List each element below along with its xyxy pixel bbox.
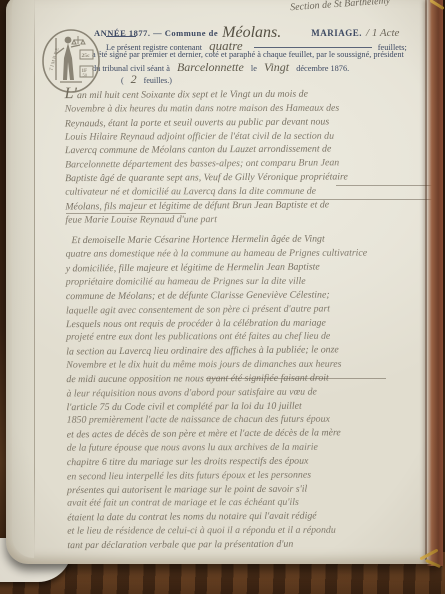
act-paragraph-groom: L'an mil huit cent Soixante dix sept et … — [65, 85, 438, 228]
ink-underline — [66, 213, 186, 214]
photo-of-register-page: Section de St Barthélémy ANNÉE 1877. — C… — [0, 0, 445, 594]
page-fold-line — [34, 0, 35, 556]
handwritten-line: feue Marie Louise Reynaud d'une part — [65, 212, 437, 227]
justice-figure-stamp-icon: TIMBRE 25c 1F 50 — [40, 28, 102, 94]
section-annotation: Section de St Barthélémy — [290, 0, 440, 13]
mariage-label: MARIAGE. — [311, 28, 362, 38]
register-statement-line2: a été signé par premier et dernier, coté… — [92, 50, 437, 59]
paren-open: ( — [121, 76, 124, 85]
register-statement-line4: ( 2 feuilles.) — [121, 72, 172, 87]
revenue-stamp: TIMBRE 25c 1F 50 — [40, 28, 102, 94]
handwritten-line: Novembre et le dix huit du même mois jou… — [66, 357, 438, 372]
ink-underline — [134, 199, 434, 200]
ink-underline — [206, 378, 386, 379]
book-spine-edge — [427, 0, 443, 566]
handwritten-line: tant par déclaration verbale que par la … — [67, 537, 439, 553]
le-label: le — [251, 64, 257, 73]
date-day-handwritten: Vingt — [259, 60, 294, 74]
handwritten-line: en second lieu interpellé les dits futur… — [67, 467, 439, 484]
stamp-denom-top: 25c — [82, 53, 91, 59]
handwritten-line: Reynauds, étant la porte et seuil ouvert… — [65, 114, 437, 131]
handwritten-line: L'an mil huit cent Soixante dix sept et … — [65, 85, 437, 103]
handwritten-line: laquelle agit avec consentement de son p… — [66, 301, 438, 318]
tribunal-city-handwritten: Barcelonnette — [172, 60, 249, 74]
register-page: Section de St Barthélémy ANNÉE 1877. — C… — [6, 0, 443, 564]
handwritten-line: Louis Hilaire Reynaud adjoint officier d… — [65, 129, 437, 144]
handwritten-line: de la future épouse que nous avons lu au… — [67, 440, 439, 455]
stamp-arc-text: TIMBRE — [49, 46, 61, 71]
date-month-year-label: décembre 1876. — [296, 64, 349, 73]
feuilles-label: feuilles.) — [144, 76, 172, 85]
header-rule — [106, 36, 136, 37]
handwritten-line: propriétaire domicilié au hameau de Prig… — [66, 274, 438, 289]
ink-underline — [336, 185, 432, 186]
stamp-denom-bottom2: 50 — [83, 73, 88, 78]
page-left-edge — [12, 0, 34, 558]
handwritten-line: à leur réquisition nous avons d'abord po… — [66, 384, 438, 401]
feuilles-count-handwritten: 2 — [126, 72, 142, 86]
act-paragraph-bride: Et demoiselle Marie Césarine Hortence He… — [65, 232, 439, 553]
act-body-text: L'an mil huit cent Soixante dix sept et … — [65, 85, 440, 553]
handwritten-line: et le lieu de résidence de celui-ci à qu… — [67, 524, 439, 539]
fill-dash — [254, 47, 372, 48]
